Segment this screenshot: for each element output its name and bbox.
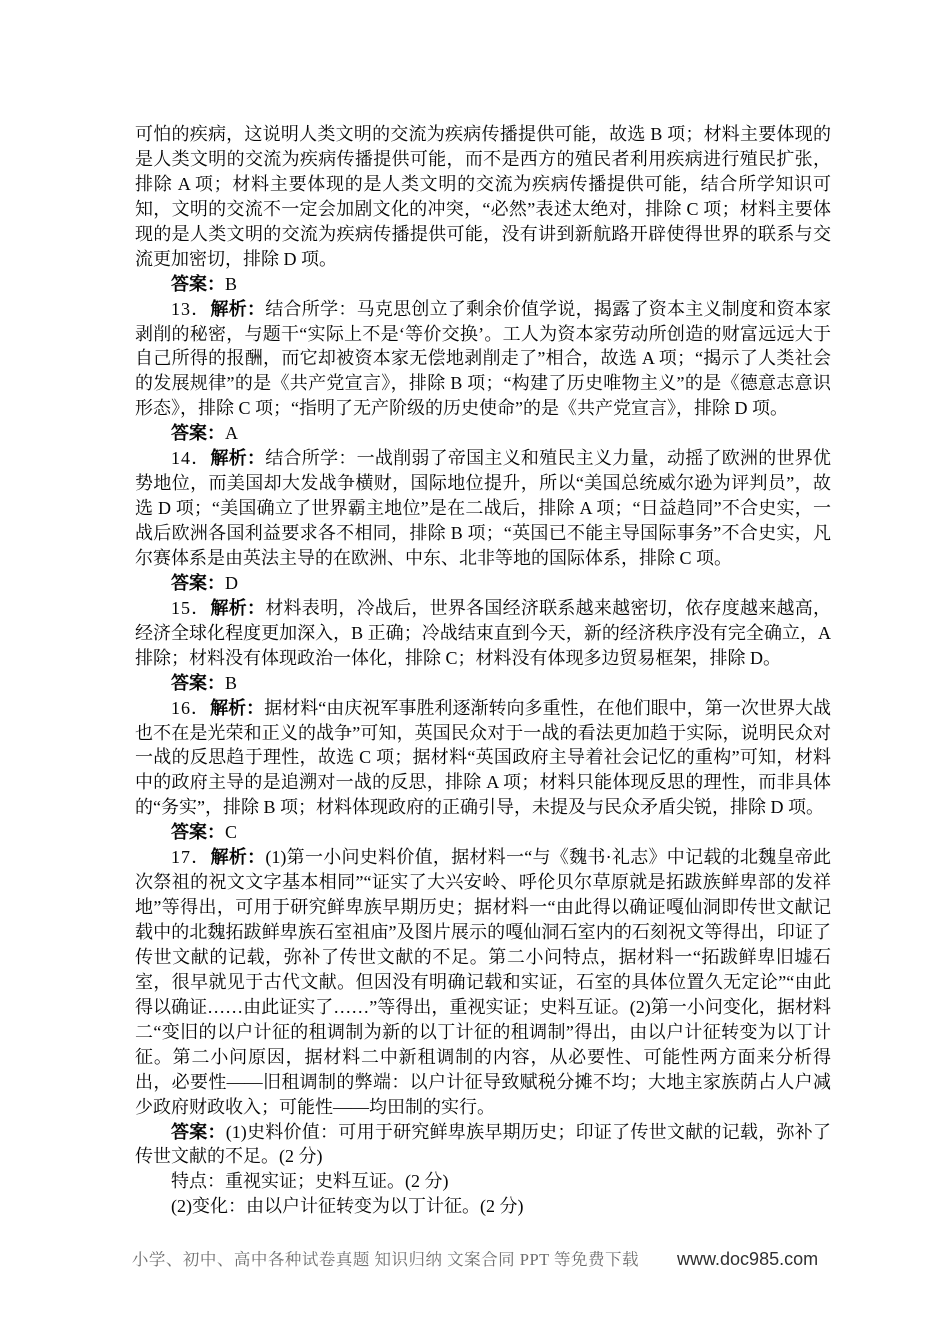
answer-label: 答案： [171, 822, 225, 842]
answer-text: B [225, 274, 237, 294]
answer-text: (1)史料价值：可用于研究鲜卑族早期历史；印证了传世文献的记载，弥补了传世文献的… [135, 1122, 831, 1167]
answer-text: (2)变化：由以户计征转变为以丁计征。(2 分) [171, 1196, 523, 1216]
question-number: 14． [171, 448, 211, 468]
explanation-q14: 14．解析：结合所学：一战削弱了帝国主义和殖民主义力量，动摇了欧洲的世界优势地位… [135, 446, 831, 571]
answer-q17-part1: 答案：(1)史料价值：可用于研究鲜卑族早期历史；印证了传世文献的记载，弥补了传世… [135, 1120, 831, 1170]
answer-q12: 答案：B [135, 272, 831, 297]
answer-label: 答案： [171, 673, 225, 693]
answer-label: 答案： [171, 274, 225, 294]
footer-site-url: www.doc985.com [677, 1249, 818, 1270]
answer-label: 答案： [171, 573, 225, 593]
answer-q14: 答案：D [135, 571, 831, 596]
analysis-text: (1)第一小问史料价值，据材料一“与《魏书·礼志》中记载的北魏皇帝此次祭祖的祝文… [135, 847, 831, 1116]
question-number: 15． [171, 598, 211, 618]
answer-text: C [225, 822, 237, 842]
answer-label: 答案： [171, 423, 225, 443]
analysis-label: 解析： [211, 598, 266, 618]
analysis-label: 解析： [210, 698, 264, 718]
explanation-text: 可怕的疾病，这说明人类文明的交流为疾病传播提供可能，故选 B 项；材料主要体现的… [135, 124, 831, 269]
explanation-q16: 16．解析：据材料“由庆祝军事胜利逐渐转向多重性，在他们眼中，第一次世界大战也不… [135, 696, 831, 821]
explanation-q12-continued: 可怕的疾病，这说明人类文明的交流为疾病传播提供可能，故选 B 项；材料主要体现的… [135, 122, 831, 272]
analysis-label: 解析： [211, 299, 266, 319]
answer-label: 答案： [171, 1122, 226, 1142]
answer-q15: 答案：B [135, 671, 831, 696]
answer-q17-characteristics: 特点：重视实证；史料互证。(2 分) [135, 1169, 831, 1194]
answer-text: A [225, 423, 238, 443]
answer-q16: 答案：C [135, 820, 831, 845]
answer-text: 特点：重视实证；史料互证。(2 分) [171, 1171, 449, 1191]
answer-q13: 答案：A [135, 421, 831, 446]
page-footer: 小学、初中、高中各种试卷真题 知识归纳 文案合同 PPT 等免费下载 www.d… [0, 1246, 950, 1270]
answer-text: B [225, 673, 237, 693]
answer-q17-part2: (2)变化：由以户计征转变为以丁计征。(2 分) [135, 1194, 831, 1219]
question-number: 17． [171, 847, 211, 867]
analysis-label: 解析： [211, 847, 266, 867]
explanation-q17: 17．解析：(1)第一小问史料价值，据材料一“与《魏书·礼志》中记载的北魏皇帝此… [135, 845, 831, 1119]
question-number: 13． [171, 299, 211, 319]
answer-text: D [225, 573, 238, 593]
analysis-label: 解析： [211, 448, 266, 468]
question-number: 16． [171, 698, 210, 718]
answer-key-content: 可怕的疾病，这说明人类文明的交流为疾病传播提供可能，故选 B 项；材料主要体现的… [135, 122, 831, 1219]
footer-promo-text: 小学、初中、高中各种试卷真题 知识归纳 文案合同 PPT 等免费下载 [132, 1246, 639, 1270]
explanation-q13: 13．解析：结合所学：马克思创立了剩余价值学说，揭露了资本主义制度和资本家剥削的… [135, 297, 831, 422]
explanation-q15: 15．解析：材料表明，冷战后，世界各国经济联系越来越密切，依存度越来越高，经济全… [135, 596, 831, 671]
